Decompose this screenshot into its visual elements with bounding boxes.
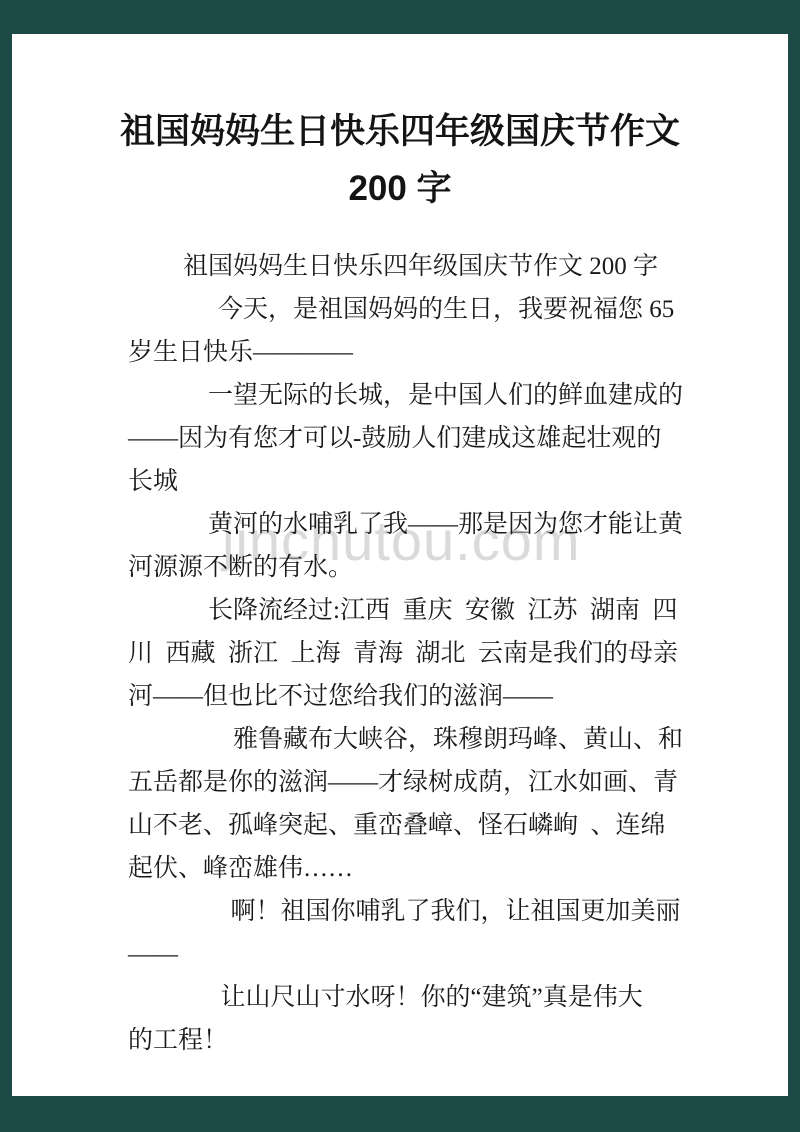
text-line: 河——但也比不过您给我们的滋润—— xyxy=(128,675,676,718)
scanned-page-background: jinchutou.com 祖国妈妈生日快乐四年级国庆节作文200 字 祖国妈妈… xyxy=(0,0,800,1132)
title-line: 200 字 xyxy=(52,160,748,217)
text-line: 让山尺山寸水呀！你的“建筑”真是伟大 xyxy=(128,976,676,1019)
text-line: 河源源不断的有水。 xyxy=(128,546,676,589)
document-title: 祖国妈妈生日快乐四年级国庆节作文200 字 xyxy=(52,103,748,217)
text-line: 山不老、孤峰突起、重峦叠嶂、怪石嶙峋 、连绵 xyxy=(128,804,676,847)
text-line: —— xyxy=(128,933,676,976)
text-line: 今天，是祖国妈妈的生日，我要祝福您 65 xyxy=(128,288,676,331)
document-page: jinchutou.com 祖国妈妈生日快乐四年级国庆节作文200 字 祖国妈妈… xyxy=(12,34,788,1096)
text-line: 一望无际的长城，是中国人们的鲜血建成的 xyxy=(128,374,676,417)
text-line: 啊！祖国你哺乳了我们，让祖国更加美丽 xyxy=(128,890,676,933)
document-body: 祖国妈妈生日快乐四年级国庆节作文 200 字今天，是祖国妈妈的生日，我要祝福您 … xyxy=(12,245,788,1062)
text-line: 雅鲁藏布大峡谷，珠穆朗玛峰、黄山、和 xyxy=(128,718,676,761)
text-line: 祖国妈妈生日快乐四年级国庆节作文 200 字 xyxy=(128,245,676,288)
text-line: 黄河的水哺乳了我——那是因为您才能让黄 xyxy=(128,503,676,546)
text-line: 的工程！ xyxy=(128,1019,676,1062)
text-line: 长降流经过:江西 重庆 安徽 江苏 湖南 四 xyxy=(128,589,676,632)
title-line: 祖国妈妈生日快乐四年级国庆节作文 xyxy=(52,103,748,160)
text-line: 岁生日快乐———— xyxy=(128,331,676,374)
text-line: 起伏、峰峦雄伟…… xyxy=(128,847,676,890)
text-line: 五岳都是你的滋润——才绿树成荫，江水如画、青 xyxy=(128,761,676,804)
text-line: 川 西藏 浙江 上海 青海 湖北 云南是我们的母亲 xyxy=(128,632,676,675)
text-line: 长城 xyxy=(128,460,676,503)
text-line: ——因为有您才可以-鼓励人们建成这雄起壮观的 xyxy=(128,417,676,460)
